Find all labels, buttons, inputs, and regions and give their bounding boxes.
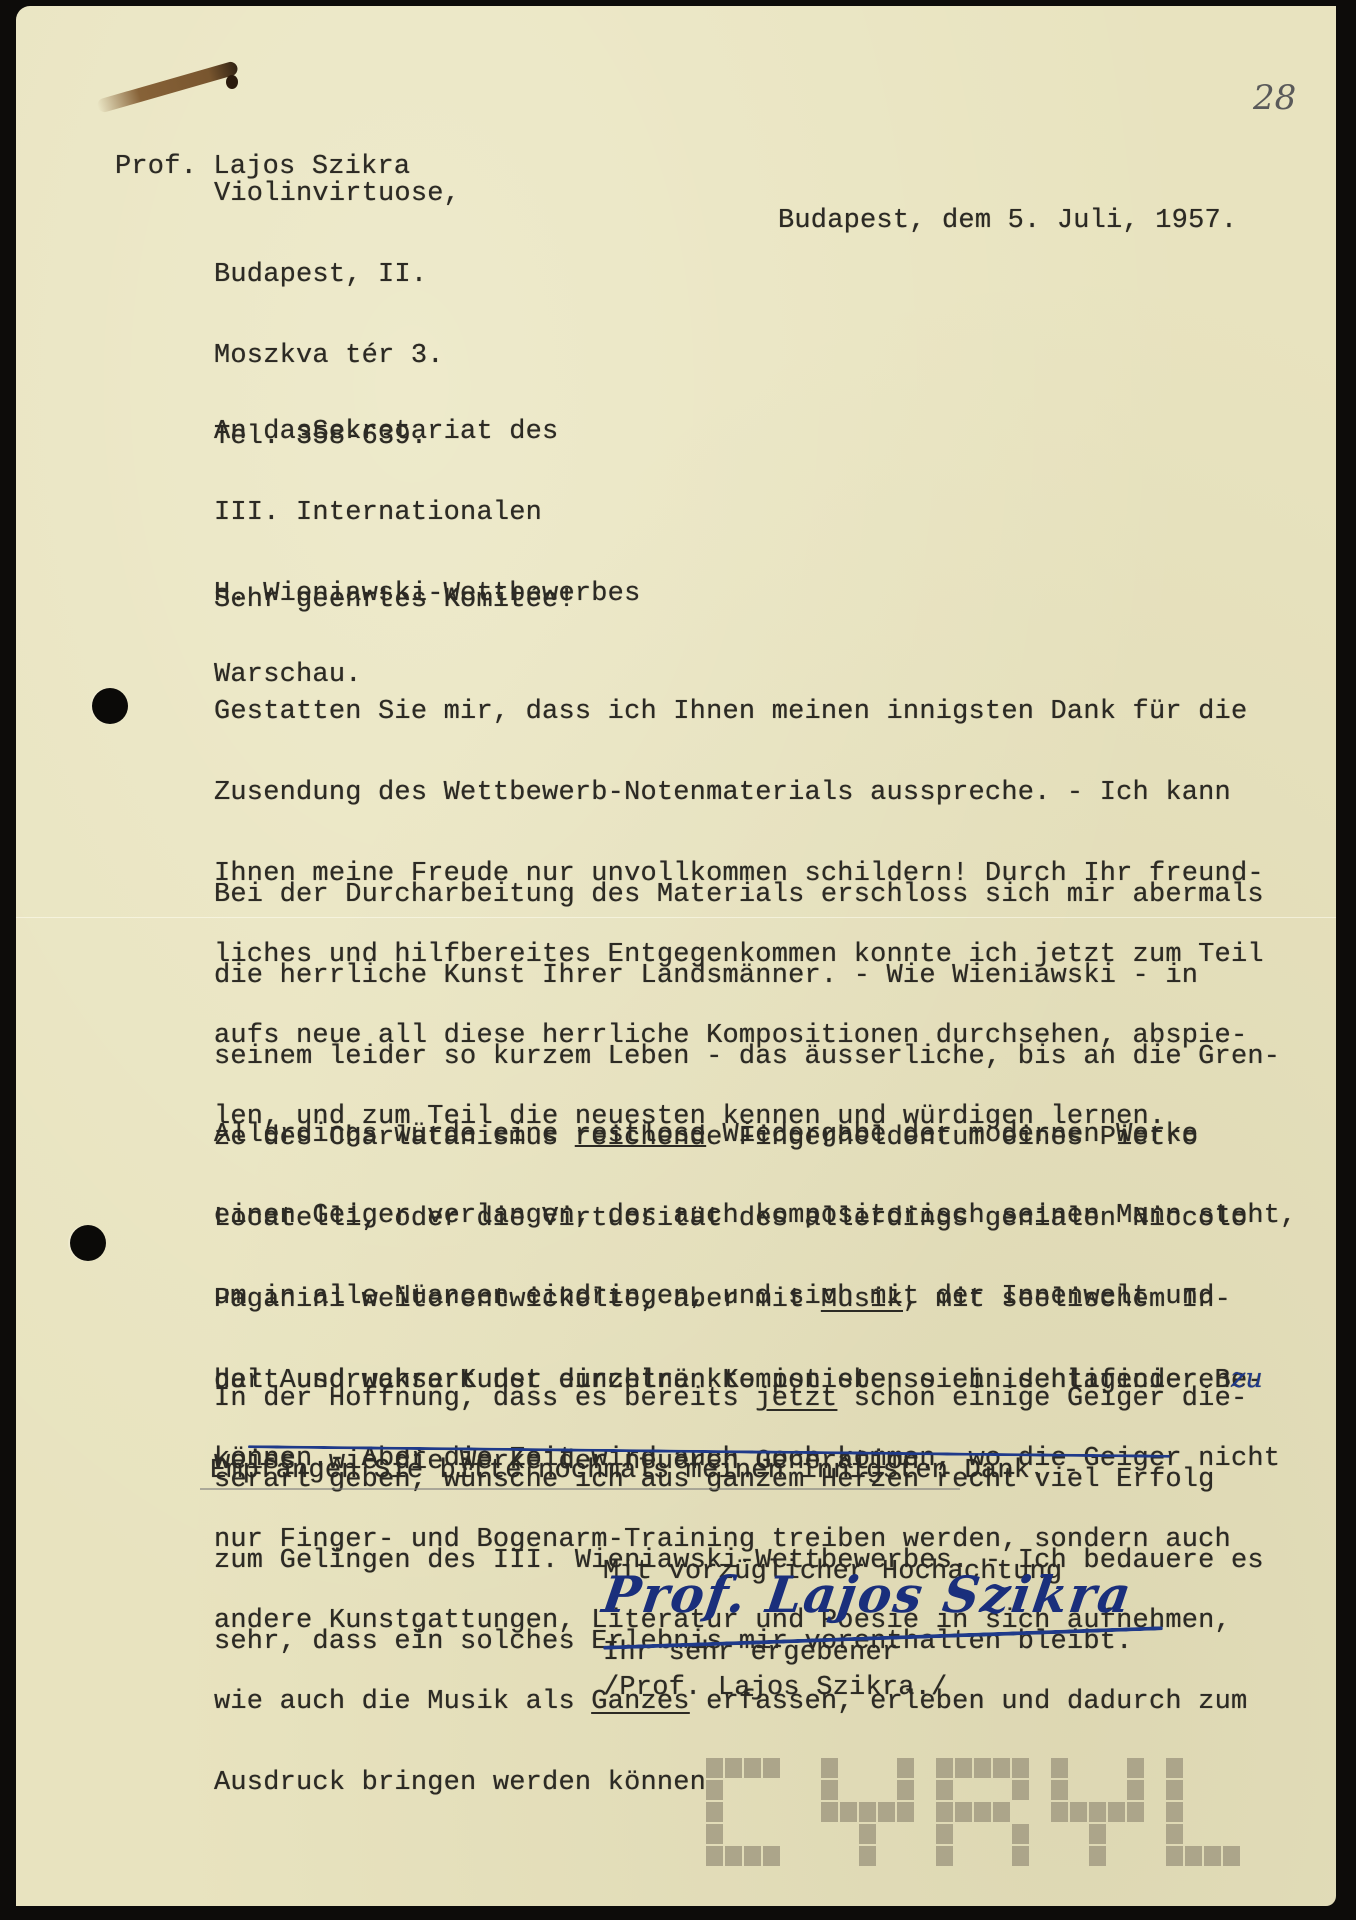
page-number: 28: [1253, 78, 1296, 118]
recipient-line: An dasSekretariat des: [214, 419, 640, 446]
text-line: Gestatten Sie mir, dass ich Ihnen meinen…: [214, 699, 1264, 726]
sender-line: Budapest, II.: [214, 262, 460, 289]
rust-stain-spot: [226, 75, 238, 89]
text-segment: schon einige Geiger die-: [837, 1384, 1247, 1414]
text-line: seinem leider so kurzem Leben - das äuss…: [214, 1044, 1280, 1071]
watermark-letter-c: [706, 1758, 799, 1866]
punch-hole-top: [92, 688, 128, 724]
text-segment: wie auch die Musik als: [214, 1687, 591, 1717]
watermark-letter-y: [821, 1758, 914, 1866]
text-line: Allerdings würde eine restlose Wiedergab…: [214, 1122, 1297, 1149]
recipient-line: III. Internationalen: [214, 500, 640, 527]
text-line: In der Hoffnung, dass es bereits jetzt s…: [214, 1386, 1264, 1413]
typed-name: /Prof. Lajos Szikra./: [603, 1675, 947, 1702]
watermark-letter-y2: [1051, 1758, 1144, 1866]
text-line: Bei der Durcharbeitung des Materials ers…: [214, 882, 1280, 909]
text-line: Zusendung des Wettbewerb-Notenmaterials …: [214, 780, 1264, 807]
underlined-word: restlose: [575, 1120, 706, 1150]
text-segment: Allerdings würde eine: [214, 1120, 575, 1150]
handwritten-signature: Prof. Lajos Szikra: [599, 1565, 1137, 1624]
cyryl-watermark: [706, 1758, 1259, 1866]
text-segment: In der Hoffnung, dass es bereits: [214, 1384, 755, 1414]
sender-line: Violinvirtuose,: [214, 181, 460, 208]
pencil-line: [200, 1488, 960, 1490]
underlined-word: jetzt: [755, 1384, 837, 1414]
text-line: um in alle Nüancen eindringen, und sich …: [214, 1284, 1297, 1311]
text-line: die herrliche Kunst Ihrer Landsmänner. -…: [214, 963, 1280, 990]
text-segment: Wiedergabe der modernen Werke: [706, 1120, 1198, 1150]
punch-hole-bottom: [70, 1225, 106, 1261]
salutation: Sehr geehrtes Komitée!: [214, 587, 575, 614]
watermark-letter-r: [936, 1758, 1029, 1866]
closing-line: Empfangen Sie bitte nochmals meinen inni…: [210, 1458, 1079, 1485]
watermark-letter-l: [1166, 1758, 1259, 1866]
text-line: einen Geiger verlangen, der auch komposi…: [214, 1203, 1297, 1230]
date-line: Budapest, dem 5. Juli, 1957.: [778, 208, 1237, 235]
